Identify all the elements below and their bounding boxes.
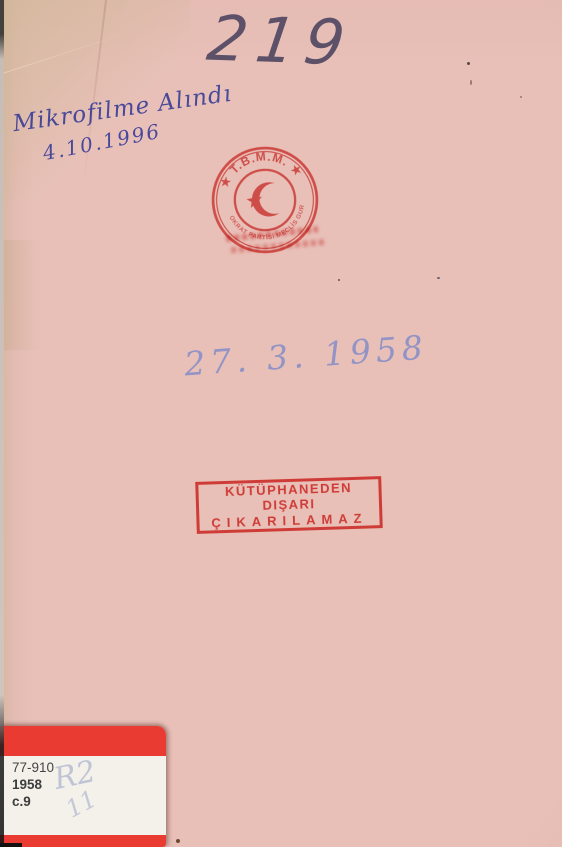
svg-text:★ T.B.M.M. ★: ★ T.B.M.M. ★ <box>213 143 308 192</box>
scan-edge-shadow <box>0 843 22 847</box>
scan-left-edge <box>0 0 4 847</box>
label-year: 1958 <box>12 776 54 793</box>
label-stripe-top <box>0 726 166 756</box>
spine-label: 77-910 1958 c.9 R2 11 <box>0 726 166 847</box>
paper-speck <box>437 277 440 279</box>
paper-crease <box>0 29 138 76</box>
call-number-block: 77-910 1958 c.9 <box>12 759 54 810</box>
paper-speck <box>338 279 340 281</box>
call-number: 77-910 <box>12 759 54 776</box>
paper-speck <box>467 62 470 65</box>
label-stripe-bottom <box>0 835 166 847</box>
paper-crease <box>82 0 108 189</box>
paper-crease <box>2 240 42 350</box>
paper-speck <box>520 96 522 98</box>
stamp-top-arc-text: ★ T.B.M.M. ★ <box>213 143 308 192</box>
handwritten-accession-number: 219 <box>203 1 358 79</box>
paper-speck <box>470 80 472 85</box>
handwritten-date: 27. 3. 1958 <box>183 328 429 384</box>
stamp-line-1: KÜTÜPHANEDEN DIŞARI <box>198 479 379 515</box>
paper-speck <box>176 839 180 843</box>
label-copy-number: c.9 <box>12 793 54 810</box>
scanned-cover-page: 219 Mikrofilme Alındı 4.10.1996 27. 3. 1… <box>0 0 562 847</box>
library-no-removal-stamp: KÜTÜPHANEDEN DIŞARI ÇIKARILAMAZ <box>195 476 383 534</box>
